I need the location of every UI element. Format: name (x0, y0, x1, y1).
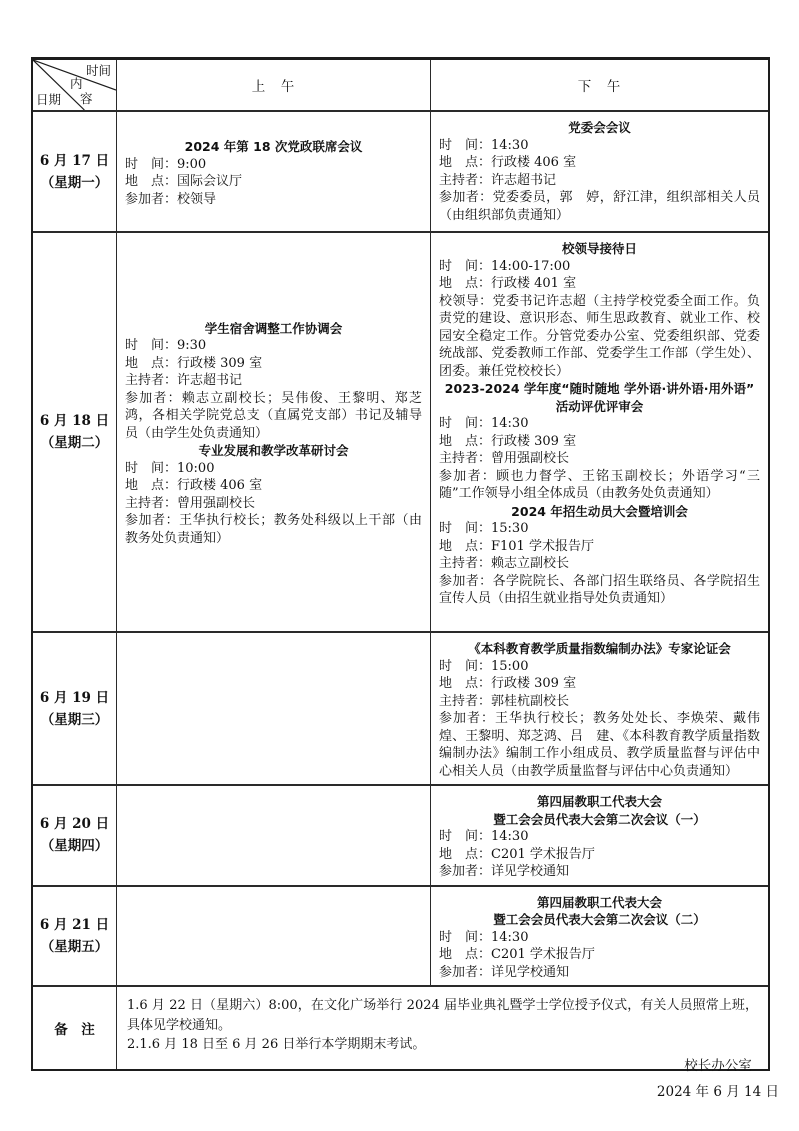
afternoon-cell: 《本科教育教学质量指数编制办法》专家论证会 时 间：15:00 地 点：行政楼 … (431, 633, 768, 784)
morning-cell-empty (117, 633, 431, 784)
date-text: 6 月 18 日 (40, 410, 109, 432)
meeting-title: 第四届教职工代表大会 暨工会会员代表大会第二次会议（一） (439, 793, 760, 828)
corner-label-content-bottom: 容 (80, 89, 93, 107)
meeting: 第四届教职工代表大会 暨工会会员代表大会第二次会议（一） 时 间：14:30 地… (439, 793, 760, 881)
date-cell: 6 月 21 日 （星期五） (33, 887, 117, 986)
meeting-title: 党委会会议 (439, 119, 760, 137)
meeting: 《本科教育教学质量指数编制办法》专家论证会 时 间：15:00 地 点：行政楼 … (439, 640, 760, 780)
date-cell: 6 月 18 日 （星期二） (33, 233, 117, 631)
meeting-details: 时 间：9:00 地 点：国际会议厅 参加者：校领导 (125, 156, 422, 209)
date-text: 6 月 20 日 (40, 813, 109, 835)
weekday-text: （星期一） (41, 172, 109, 194)
meeting-details: 时 间：14:30 地 点：C201 学术报告厅 参加者：详见学校通知 (439, 828, 760, 881)
date-cell: 6 月 20 日 （星期四） (33, 786, 117, 885)
table-row-tue: 6 月 18 日 （星期二） 学生宿舍调整工作协调会 时 间：9:30 地 点：… (33, 233, 768, 633)
meeting: 校领导接待日 时 间：14:00-17:00 地 点：行政楼 401 室 校领导… (439, 240, 760, 380)
meeting-title: 校领导接待日 (439, 240, 760, 258)
footer-date: 2024 年 6 月 14 日 (657, 1079, 779, 1105)
meeting-details: 时 间：14:30 地 点：行政楼 406 室 主持者：许志超书记 参加者：党委… (439, 137, 760, 225)
date-cell: 6 月 17 日 （星期一） (33, 112, 117, 231)
weekday-text: （星期二） (41, 432, 109, 454)
table-row-fri: 6 月 21 日 （星期五） 第四届教职工代表大会 暨工会会员代表大会第二次会议… (33, 887, 768, 988)
table-row-wed: 6 月 19 日 （星期三） 《本科教育教学质量指数编制办法》专家论证会 时 间… (33, 633, 768, 786)
column-header-morning: 上 午 (117, 60, 431, 110)
morning-cell-empty (117, 786, 431, 885)
meeting-details: 时 间：9:30 地 点：行政楼 309 室 主持者：许志超书记 参加者：赖志立… (125, 337, 422, 442)
date-cell: 6 月 19 日 （星期三） (33, 633, 117, 784)
corner-cell: 时间 内 容 日期 (33, 60, 117, 110)
meeting-title: 《本科教育教学质量指数编制办法》专家论证会 (439, 640, 760, 658)
meeting-title: 学生宿舍调整工作协调会 (125, 320, 422, 338)
notes-label: 备 注 (33, 987, 117, 1069)
meeting-title: 2024 年第 18 次党政联席会议 (125, 138, 422, 156)
meeting: 2024 年第 18 次党政联席会议 时 间：9:00 地 点：国际会议厅 参加… (125, 138, 422, 208)
morning-cell: 2024 年第 18 次党政联席会议 时 间：9:00 地 点：国际会议厅 参加… (117, 112, 431, 231)
footer-signature: 校长办公室 2024 年 6 月 14 日 (657, 1053, 779, 1105)
date-text: 6 月 17 日 (40, 150, 109, 172)
table-row-thu: 6 月 20 日 （星期四） 第四届教职工代表大会 暨工会会员代表大会第二次会议… (33, 786, 768, 887)
meeting: 学生宿舍调整工作协调会 时 间：9:30 地 点：行政楼 309 室 主持者：许… (125, 320, 422, 443)
meeting-title: 专业发展和教学改革研讨会 (125, 442, 422, 460)
morning-cell-empty (117, 887, 431, 986)
footer-office: 校长办公室 (657, 1053, 779, 1079)
date-text: 6 月 21 日 (40, 914, 109, 936)
afternoon-cell: 第四届教职工代表大会 暨工会会员代表大会第二次会议（二） 时 间：14:30 地… (431, 887, 768, 986)
meeting-details: 时 间：14:30 地 点：行政楼 309 室 主持者：曾用强副校长 参加者：顾… (439, 415, 760, 503)
meeting-title: 2023-2024 学年度“随时随地 学外语·讲外语·用外语” 活动评优评审会 (439, 380, 760, 415)
meeting: 专业发展和教学改革研讨会 时 间：10:00 地 点：行政楼 406 室 主持者… (125, 442, 422, 547)
meeting: 2023-2024 学年度“随时随地 学外语·讲外语·用外语” 活动评优评审会 … (439, 380, 760, 503)
meeting-details: 时 间：14:00-17:00 地 点：行政楼 401 室 校领导：党委书记许志… (439, 258, 760, 381)
weekday-text: （星期四） (41, 835, 109, 857)
meeting-title: 第四届教职工代表大会 暨工会会员代表大会第二次会议（二） (439, 894, 760, 929)
meeting-details: 时 间：14:30 地 点：C201 学术报告厅 参加者：详见学校通知 (439, 929, 760, 982)
afternoon-cell: 第四届教职工代表大会 暨工会会员代表大会第二次会议（一） 时 间：14:30 地… (431, 786, 768, 885)
column-header-afternoon: 下 午 (431, 60, 768, 110)
date-text: 6 月 19 日 (40, 687, 109, 709)
weekday-text: （星期五） (41, 936, 109, 958)
meeting-details: 时 间：15:00 地 点：行政楼 309 室 主持者：郭桂杭副校长 参加者：王… (439, 658, 760, 781)
table-row-mon: 6 月 17 日 （星期一） 2024 年第 18 次党政联席会议 时 间：9:… (33, 112, 768, 233)
afternoon-cell: 党委会会议 时 间：14:30 地 点：行政楼 406 室 主持者：许志超书记 … (431, 112, 768, 231)
meeting-title: 2024 年招生动员大会暨培训会 (439, 503, 760, 521)
weekday-text: （星期三） (41, 709, 109, 731)
meeting-details: 时 间：10:00 地 点：行政楼 406 室 主持者：曾用强副校长 参加者：王… (125, 460, 422, 548)
corner-label-date: 日期 (36, 90, 61, 108)
table-header-row: 时间 内 容 日期 上 午 下 午 (33, 60, 768, 112)
meeting: 2024 年招生动员大会暨培训会 时 间：15:30 地 点：F101 学术报告… (439, 503, 760, 608)
schedule-page: 时间 内 容 日期 上 午 下 午 6 月 17 日 （星期一） 2024 年第… (0, 0, 799, 1131)
meeting: 第四届教职工代表大会 暨工会会员代表大会第二次会议（二） 时 间：14:30 地… (439, 894, 760, 982)
meeting-details: 时 间：15:30 地 点：F101 学术报告厅 主持者：赖志立副校长 参加者：… (439, 520, 760, 608)
afternoon-cell: 校领导接待日 时 间：14:00-17:00 地 点：行政楼 401 室 校领导… (431, 233, 768, 631)
schedule-table: 时间 内 容 日期 上 午 下 午 6 月 17 日 （星期一） 2024 年第… (31, 57, 770, 1071)
meeting: 党委会会议 时 间：14:30 地 点：行政楼 406 室 主持者：许志超书记 … (439, 119, 760, 224)
corner-label-time: 时间 (86, 61, 111, 79)
morning-cell: 学生宿舍调整工作协调会 时 间：9:30 地 点：行政楼 309 室 主持者：许… (117, 233, 431, 631)
